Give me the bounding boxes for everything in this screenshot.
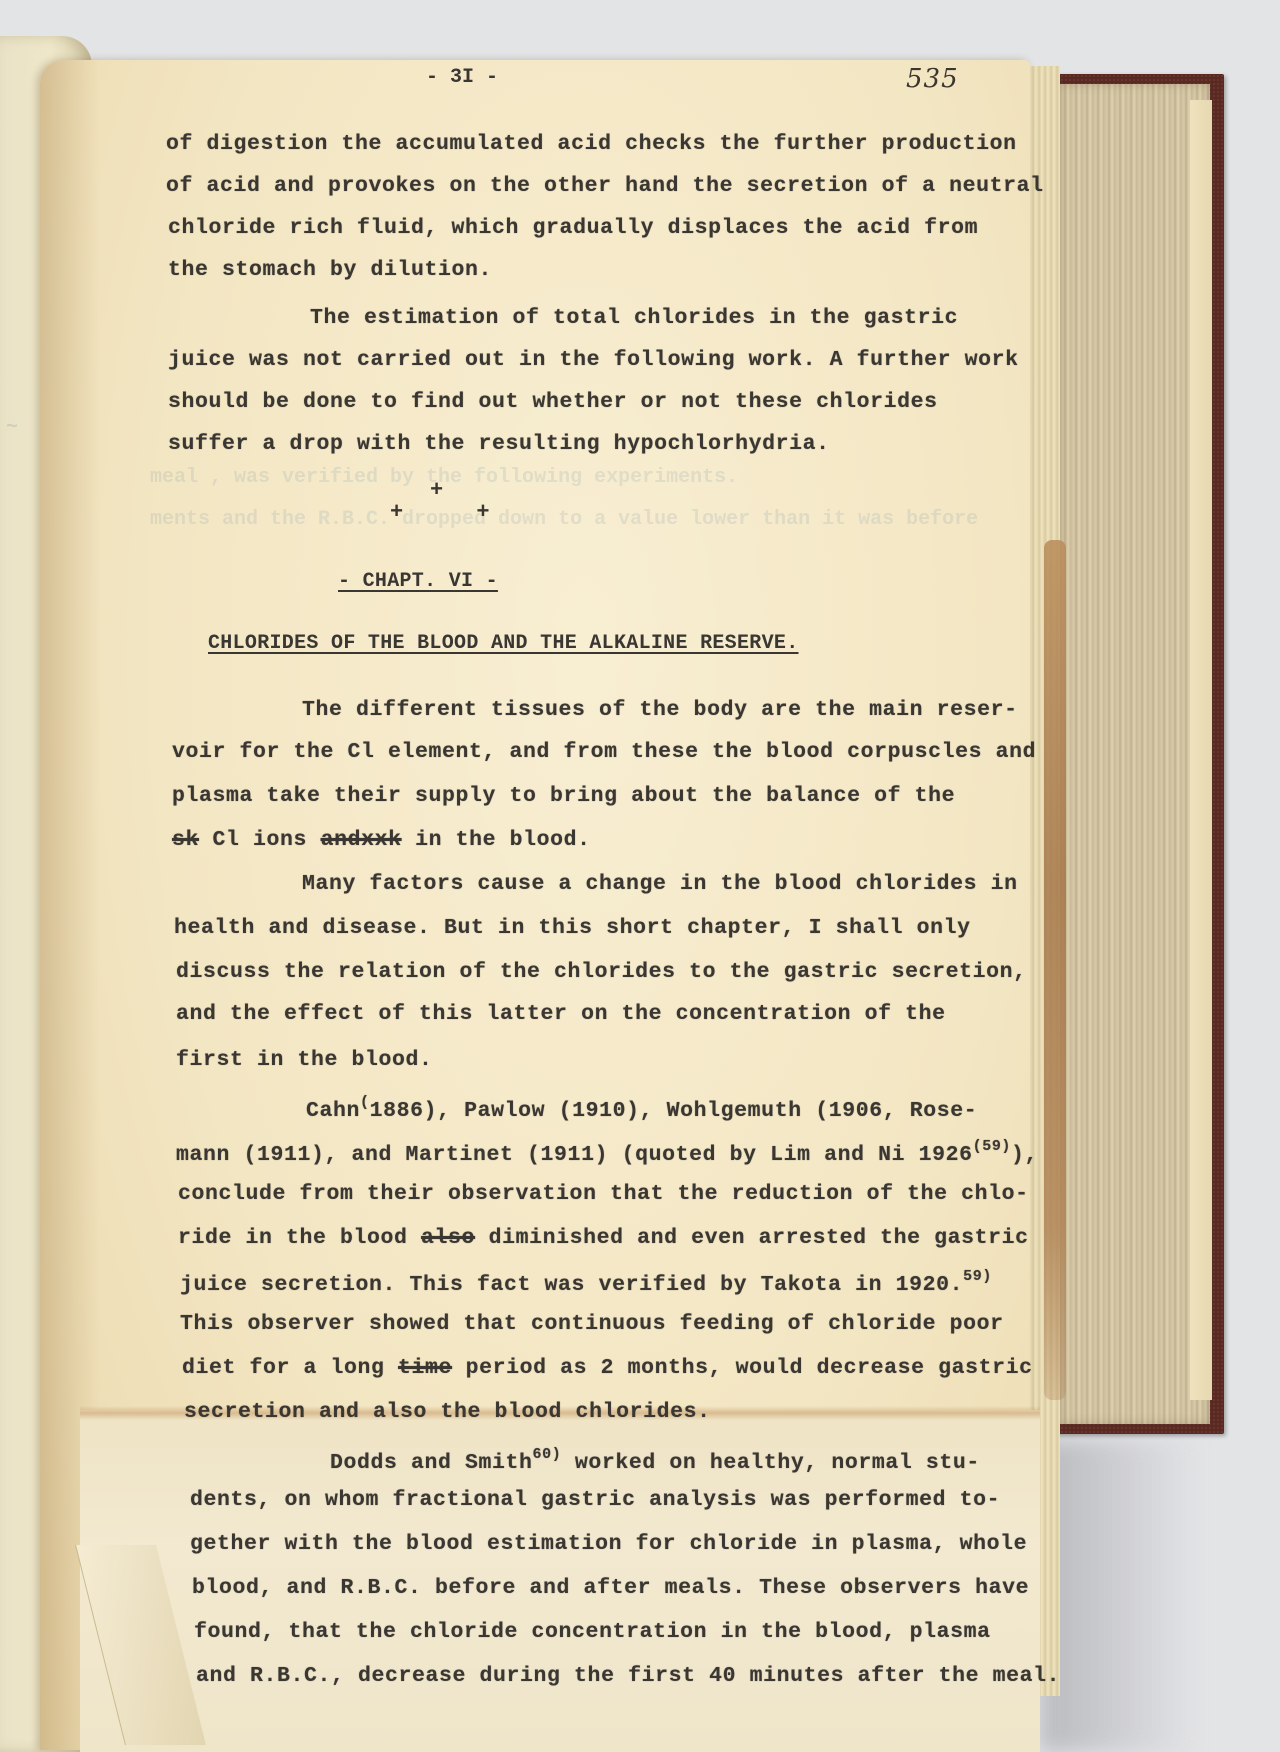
- text-line: plasma take their supply to bring about …: [172, 784, 955, 808]
- text-line: and R.B.C., decrease during the first 40…: [196, 1664, 1060, 1688]
- text-fragment: ride in the blood: [178, 1226, 421, 1250]
- text-fragment: Cl ions: [213, 828, 308, 852]
- text-line: juice secretion. This fact was verified …: [180, 1268, 992, 1297]
- text-line: blood, and R.B.C. before and after meals…: [192, 1576, 1029, 1600]
- text-line: sk Cl ions andxxk in the blood.: [172, 828, 591, 852]
- text-line: Many factors cause a change in the blood…: [302, 872, 1018, 896]
- chapter-title: CHLORIDES OF THE BLOOD AND THE ALKALINE …: [208, 632, 799, 655]
- text-line: gether with the blood estimation for chl…: [190, 1532, 1027, 1556]
- text-line: suffer a drop with the resulting hypochl…: [168, 432, 830, 456]
- text-fragment: Cahn: [306, 1099, 360, 1123]
- text-line: Cahn(1886), Pawlow (1910), Wohlgemuth (1…: [306, 1094, 977, 1123]
- table-shadow: [1040, 1440, 1200, 1752]
- left-page-bleed: ~: [6, 416, 18, 439]
- struck-text: time: [398, 1356, 452, 1380]
- struck-text: also: [421, 1226, 475, 1250]
- text-fragment: mann (1911), and Martinet (1911) (quoted…: [176, 1143, 973, 1167]
- archive-number: 535: [906, 64, 959, 94]
- text-line: discuss the relation of the chlorides to…: [176, 960, 1027, 984]
- chapter-label: - CHAPT. VI -: [338, 570, 498, 593]
- text-line: of digestion the accumulated acid checks…: [166, 132, 1017, 156]
- water-stain: [1044, 540, 1066, 1400]
- text-line: ride in the blood also diminished and ev…: [178, 1226, 1029, 1250]
- handwritten-paren: (: [360, 1094, 370, 1111]
- text-line: should be done to find out whether or no…: [168, 390, 938, 414]
- footnote-ref: 60): [533, 1446, 562, 1463]
- text-line: chloride rich fluid, which gradually dis…: [168, 216, 978, 240]
- footnote-ref: 59): [963, 1268, 992, 1285]
- text-line: voir for the Cl element, and from these …: [172, 740, 1036, 764]
- show-through-text: meal , was verified by the following exp…: [150, 466, 738, 489]
- text-line: health and disease. But in this short ch…: [174, 916, 971, 940]
- text-fragment: in the blood.: [415, 828, 591, 852]
- text-fragment: 1886), Pawlow (1910), Wohlgemuth (1906, …: [370, 1099, 978, 1123]
- text-line: found, that the chloride concentration i…: [194, 1620, 991, 1644]
- text-fragment: diet for a long: [182, 1356, 398, 1380]
- text-line: secretion and also the blood chlorides.: [184, 1400, 711, 1424]
- text-fragment: diminished and even arrested the gastric: [475, 1226, 1029, 1250]
- text-line: juice was not carried out in the followi…: [168, 348, 1019, 372]
- text-fragment: juice secretion. This fact was verified …: [180, 1273, 963, 1297]
- text-fragment: period as 2 months, would decrease gastr…: [452, 1356, 1033, 1380]
- struck-text: andxxk: [321, 828, 402, 852]
- text-line: mann (1911), and Martinet (1911) (quoted…: [176, 1138, 1038, 1167]
- text-line: the stomach by dilution.: [168, 258, 492, 282]
- footnote-ref: (59): [973, 1138, 1011, 1155]
- text-line: This observer showed that continuous fee…: [180, 1312, 1004, 1336]
- text-fragment: worked on healthy, normal stu-: [561, 1451, 980, 1475]
- struck-text: sk: [172, 828, 199, 852]
- show-through-text: ments and the R.B.C. dropped down to a v…: [150, 508, 978, 531]
- text-line: Dodds and Smith60) worked on healthy, no…: [330, 1446, 980, 1475]
- text-line: first in the blood.: [176, 1048, 433, 1072]
- text-fragment: ),: [1011, 1143, 1038, 1167]
- text-line: diet for a long time period as 2 months,…: [182, 1356, 1033, 1380]
- page-block-fore-edge: [1190, 100, 1212, 1400]
- text-line: conclude from their observation that the…: [178, 1182, 1029, 1206]
- page-number: - 3I -: [426, 66, 498, 89]
- text-fragment: Dodds and Smith: [330, 1451, 533, 1475]
- text-line: and the effect of this latter on the con…: [176, 1002, 946, 1026]
- section-separator: + +: [390, 500, 520, 525]
- text-line: The different tissues of the body are th…: [302, 698, 1018, 722]
- text-line: of acid and provokes on the other hand t…: [166, 174, 1044, 198]
- page-block-edges: [1060, 84, 1210, 1424]
- text-line: The estimation of total chlorides in the…: [310, 306, 958, 330]
- text-line: dents, on whom fractional gastric analys…: [190, 1488, 1000, 1512]
